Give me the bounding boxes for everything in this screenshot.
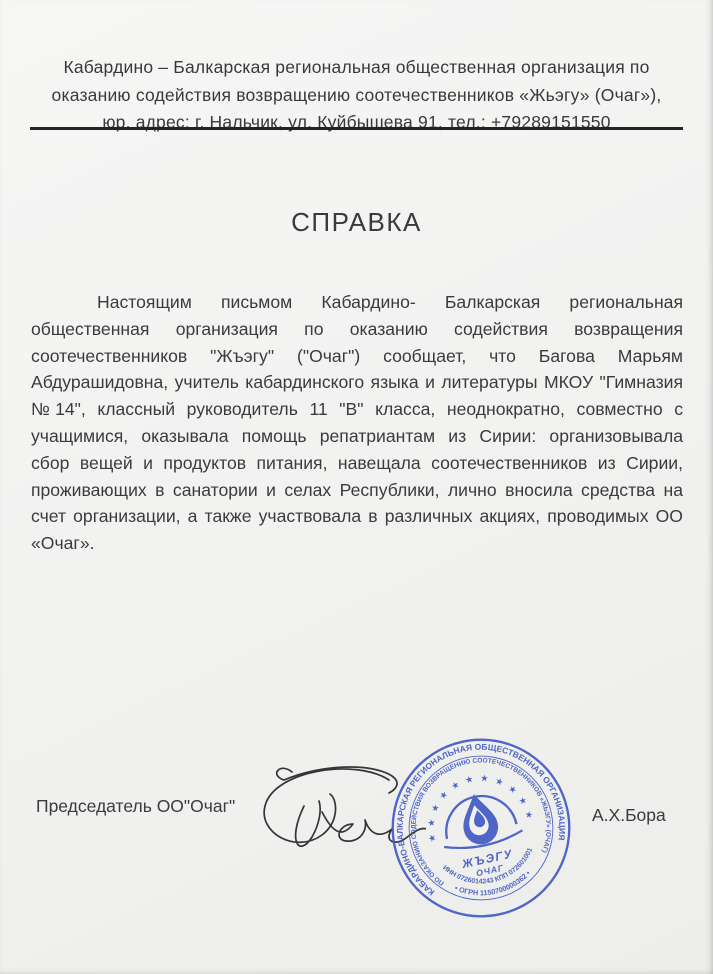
letterhead-line-1: Кабардино – Балкарская региональная обще… xyxy=(34,54,679,82)
document-title: СПРАВКА xyxy=(0,207,713,238)
signer-title: Председатель ОО"Очаг" xyxy=(36,796,235,817)
letterhead-line-3: юр. адрес: г. Нальчик, ул. Куйбышева 91,… xyxy=(34,109,679,137)
letterhead: Кабардино – Балкарская региональная обще… xyxy=(34,54,679,137)
signer-name: А.Х.Бора xyxy=(592,805,666,826)
letterhead-divider xyxy=(30,127,683,130)
organization-stamp: КАБАРДИНО-БАЛКАРСКАЯ РЕГИОНАЛЬНАЯ ОБЩЕСТ… xyxy=(390,737,572,919)
letterhead-line-2: оказанию содействия возвращению соотечес… xyxy=(34,82,679,110)
document-body-paragraph: Настоящим письмом Кабардино- Балкарская … xyxy=(31,289,683,557)
scanned-document-page: Кабардино – Балкарская региональная обще… xyxy=(0,0,713,974)
